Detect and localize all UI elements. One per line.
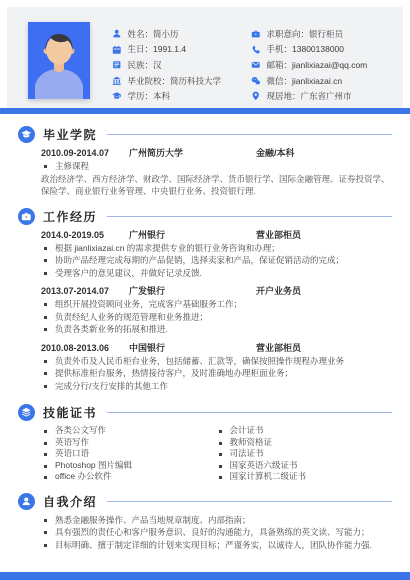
field-label: 民族： [128,59,154,71]
bullet-square-icon [219,442,222,445]
about-bullet-text: 具有强烈的责任心和客户服务意识、良好的沟通能力，具备熟练的英文读、写能力； [55,526,370,539]
work-company: 中国银行 [129,342,256,355]
work-bullet-text: 负责各类新业务的拓展和推进. [55,323,168,336]
field-birthday: 生日： 1991.1.4 [112,42,221,58]
skill-text: 司法证书 [230,448,264,460]
work-period: 2014.0-2019.05 [41,229,129,242]
field-value: 汉 [153,59,162,71]
bullet-square-icon [44,372,47,375]
field-value: 广东省广州市 [301,90,352,102]
field-label: 邮箱： [267,59,293,71]
field-label: 求职意向： [267,28,310,40]
work-bullet: 提供标准柜台服务，热情接待客户，及时准确地办理柜面业务； [41,367,390,380]
education-degree: 金融/本科 [256,147,390,160]
briefcase-icon [251,29,261,39]
field-label: 现居地： [267,90,301,102]
field-degree: 学历： 本科 [112,88,221,104]
field-email: 邮箱： jianlixiazai@qq.com [251,57,367,73]
skill-text: 会计证书 [230,425,264,437]
education-entry-header: 2010.09-2014.07 广州简历大学 金融/本科 [41,147,390,160]
work-bullet-text: 协助产品经理完成每期的产品促销，选择卖家和产品，保证促销活动的完成； [55,254,344,267]
bullet-square-icon [44,453,47,456]
profile-photo [28,22,90,99]
field-value: 13800138000 [292,44,344,54]
work-bullet: 受理客户的意见建议，并做好记录反馈. [41,267,390,280]
skill-text: office 办公软件 [55,471,112,483]
skill-item: 英语写作 [41,437,216,449]
wechat-icon [251,76,261,86]
field-wechat: 微信： jianlixiazai.cn [251,73,367,89]
section-title: 自我介绍 [43,493,97,510]
mail-icon [251,60,261,70]
field-value: 简历科技大学 [170,75,221,87]
field-label: 手机： [267,43,293,55]
about-body: 熟悉金融服务操作、产品当地规章制度、内部指南； 具有强烈的责任心和客户服务意识、… [18,514,392,552]
bullet-square-icon [44,544,47,547]
footer-bar [0,572,410,580]
profile-contact-info: 求职意向： 银行柜员 手机： 13800138000 邮箱： jianlixia… [251,26,367,104]
work-bullet-text: 根据 jianlixiazai.cn 的需求提供专业的银行业务咨询和办理； [55,242,280,255]
section-about-header: 自我介绍 [18,493,392,510]
bullet-square-icon [44,259,47,262]
skill-item: Photoshop 图片编辑 [41,460,216,472]
skill-item: 会计证书 [216,425,391,437]
resume-page: 姓名： 简小历 生日： 1991.1.4 民族： 汉 [0,0,410,580]
resume-body: 毕业学院 2010.09-2014.07 广州简历大学 金融/本科 主修课程 政… [0,114,410,551]
field-label: 学历： [128,90,154,102]
work-bullet: 负责各类新业务的拓展和推进. [41,323,390,336]
graduation-cap-icon [112,91,122,101]
education-bullet: 主修课程 [41,160,390,173]
work-bullet-text: 组织开展投资顾问业务，完成客户基础服务工作； [55,298,242,311]
work-bullet-text: 受理客户的意见建议，并做好记录反馈. [55,267,202,280]
section-rule [107,412,392,413]
education-body: 2010.09-2014.07 广州简历大学 金融/本科 主修课程 政治经济学、… [18,147,392,198]
field-value: 简小历 [153,28,179,40]
about-bullet: 熟悉金融服务操作、产品当地规章制度、内部指南； [41,514,390,527]
bullet-square-icon [219,465,222,468]
field-phone: 手机： 13800138000 [251,42,367,58]
work-bullet: 负责外币及人民币柜台业务，包括储蓄、汇款等，确保按照操作规程办理业务 [41,355,390,368]
work-bullet-text: 完成分行/支行安排的其他工作 [55,380,168,393]
bullet-square-icon [44,476,47,479]
skill-item: 英语口语 [41,448,216,460]
work-bullet: 协助产品经理完成每期的产品促销，选择卖家和产品，保证促销活动的完成； [41,254,390,267]
skills-column-left: 各类公文写作 英语写作 英语口语 Photoshop 图片编辑 office 办… [41,425,216,483]
graduation-cap-icon [18,126,35,143]
field-value: 本科 [153,90,170,102]
work-bullet-text: 提供标准柜台服务，热情接待客户，及时准确地办理柜面业务； [55,367,293,380]
education-school: 广州简历大学 [129,147,256,160]
id-card-icon [112,60,122,70]
field-value: 1991.1.4 [153,44,186,54]
about-bullet-text: 目标明确、擅于制定详细的计划来实现目标；严谨务实，以诚待人，团队协作能力强. [55,539,372,552]
skills-body: 各类公文写作 英语写作 英语口语 Photoshop 图片编辑 office 办… [18,425,392,483]
education-period: 2010.09-2014.07 [41,147,129,160]
skill-item: 教师资格证 [216,437,391,449]
skill-item: office 办公软件 [41,471,216,483]
work-period: 2013.07-2014.07 [41,285,129,298]
work-bullet: 组织开展投资顾问业务，完成客户基础服务工作； [41,298,390,311]
layers-icon [18,404,35,421]
bullet-square-icon [44,465,47,468]
bullet-square-icon [44,385,47,388]
about-bullet: 具有强烈的责任心和客户服务意识、良好的沟通能力，具备熟练的英文读、写能力； [41,526,390,539]
field-objective: 求职意向： 银行柜员 [251,26,367,42]
work-role: 营业部柜员 [256,342,390,355]
field-label: 微信： [267,75,293,87]
work-company: 广发银行 [129,285,256,298]
skill-text: 教师资格证 [230,437,273,449]
field-location: 现居地： 广东省广州市 [251,88,367,104]
work-bullet-text: 负责经纪人业务的规范管理和业务推进； [55,311,208,324]
field-value: jianlixiazai.cn [292,76,342,86]
about-bullet: 目标明确、擅于制定详细的计划来实现目标；严谨务实，以诚待人，团队协作能力强. [41,539,390,552]
section-title: 工作经历 [43,208,97,225]
work-company: 广州银行 [129,229,256,242]
about-bullet-text: 熟悉金融服务操作、产品当地规章制度、内部指南； [55,514,251,527]
bullet-square-icon [44,165,47,168]
section-title: 技能证书 [43,404,97,421]
work-bullet-text: 负责外币及人民币柜台业务，包括储蓄、汇款等，确保按照操作规程办理业务 [55,355,344,368]
section-title: 毕业学院 [43,126,97,143]
work-bullet: 完成分行/支行安排的其他工作 [41,380,390,393]
bullet-square-icon [44,316,47,319]
education-description: 政治经济学、西方经济学、财政学、国际经济学、货币银行学、国际金融管理、证券投资学… [41,173,390,198]
phone-icon [251,45,261,55]
location-icon [251,91,261,101]
bullet-square-icon [44,247,47,250]
skill-text: 英语写作 [55,437,89,449]
skill-text: 各类公文写作 [55,425,106,437]
user-icon [112,29,122,39]
section-rule [107,501,392,502]
skill-item: 司法证书 [216,448,391,460]
work-bullet: 负责经纪人业务的规范管理和业务推进； [41,311,390,324]
work-entry-header: 2013.07-2014.07 广发银行 开户业务员 [41,285,390,298]
work-body: 2014.0-2019.05 广州银行 营业部柜员 根据 jianlixiaza… [18,229,392,393]
skill-item: 各类公文写作 [41,425,216,437]
work-role: 开户业务员 [256,285,390,298]
skill-text: 国家计算机二级证书 [230,471,307,483]
skills-column-right: 会计证书 教师资格证 司法证书 国家英语六级证书 国家计算机二级证书 [216,425,391,483]
field-value: 银行柜员 [309,28,343,40]
field-value: jianlixiazai@qq.com [292,60,367,70]
work-role: 营业部柜员 [256,229,390,242]
section-skills-header: 技能证书 [18,404,392,421]
work-period: 2010.08-2013.06 [41,342,129,355]
bullet-square-icon [219,430,222,433]
bullet-square-icon [44,328,47,331]
skill-item: 国家计算机二级证书 [216,471,391,483]
skill-text: 国家英语六级证书 [230,460,298,472]
header-band: 姓名： 简小历 生日： 1991.1.4 民族： 汉 [7,7,403,108]
bullet-square-icon [44,531,47,534]
education-bullet-title: 主修课程 [55,160,89,173]
bullet-square-icon [219,476,222,479]
bullet-square-icon [44,303,47,306]
field-university: 毕业院校： 简历科技大学 [112,73,221,89]
field-label: 毕业院校： [128,75,171,87]
work-entry-header: 2014.0-2019.05 广州银行 营业部柜员 [41,229,390,242]
work-bullet: 根据 jianlixiazai.cn 的需求提供专业的银行业务咨询和办理； [41,242,390,255]
field-ethnicity: 民族： 汉 [112,57,221,73]
profile-basic-info: 姓名： 简小历 生日： 1991.1.4 民族： 汉 [112,26,221,104]
bullet-square-icon [44,360,47,363]
bullet-square-icon [44,430,47,433]
skill-text: Photoshop 图片编辑 [55,460,132,472]
field-label: 姓名： [128,28,154,40]
section-rule [107,216,392,217]
skill-item: 国家英语六级证书 [216,460,391,472]
section-rule [107,134,392,135]
field-label: 生日： [128,43,154,55]
section-work-header: 工作经历 [18,208,392,225]
field-name: 姓名： 简小历 [112,26,221,42]
bullet-square-icon [219,453,222,456]
calendar-icon [112,45,122,55]
school-icon [112,76,122,86]
bullet-square-icon [44,442,47,445]
work-entry-header: 2010.08-2013.06 中国银行 营业部柜员 [41,342,390,355]
skill-text: 英语口语 [55,448,89,460]
briefcase-icon [18,208,35,225]
bullet-square-icon [44,519,47,522]
section-education-header: 毕业学院 [18,126,392,143]
person-icon [18,493,35,510]
bullet-square-icon [44,272,47,275]
